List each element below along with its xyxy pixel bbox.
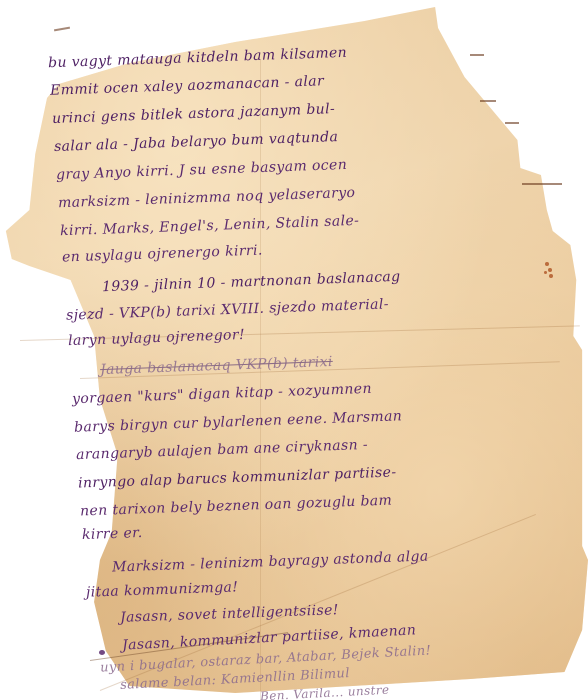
handwritten-text: bu vagyt matauga kitdeln bam kilsamen Em… xyxy=(0,0,588,700)
text-line: Emmit ocen xaley aozmanacan - alar xyxy=(50,73,325,99)
text-line: barys birgyn cur bylarlenen eene. Marsma… xyxy=(74,408,403,435)
text-line: inryngo alap barucs kommunizlar partiise… xyxy=(78,464,397,491)
text-line: Jasasn, sovet intelligentsiise! xyxy=(120,602,339,626)
text-line: jitaa kommunizmga! xyxy=(86,579,239,600)
struck-text-line: Jauga baslanacaq VKP(b) tarixi xyxy=(100,354,333,378)
signature-line: Ben. Varila... unstre xyxy=(260,683,390,700)
text-line: 1939 - jilnin 10 - martnonan baslanacag xyxy=(102,269,401,295)
text-line: en usylagu ojrenergo kirri. xyxy=(62,243,263,266)
text-line: laryn uylagu ojrenegor! xyxy=(68,327,245,349)
text-line: kirri. Marks, Engel's, Lenin, Stalin sal… xyxy=(60,213,360,239)
document-scan: bu vagyt matauga kitdeln bam kilsamen Em… xyxy=(0,0,588,700)
text-line: urinci gens bitlek astora jazanym bul- xyxy=(52,101,336,127)
text-line: kirre er. xyxy=(82,525,143,543)
text-line: yorgaen "kurs" digan kitap - xozyumnen xyxy=(72,381,372,407)
text-line: Marksizm - leninizm bayragy astonda alga xyxy=(112,548,429,575)
text-line: bu vagyt matauga kitdeln bam kilsamen xyxy=(48,45,348,71)
text-line: sjezd - VKP(b) tarixi XVIII. sjezdo mate… xyxy=(66,296,389,323)
text-line: gray Anyo kirri. J su esne basyam ocen xyxy=(56,157,348,183)
text-line: arangaryb aulajen bam ane ciryknasn - xyxy=(76,437,368,463)
text-line: nen tarixon bely beznen oan gozuglu bam xyxy=(80,493,393,520)
text-line: marksizm - leninizmma noq yelaseraryo xyxy=(58,185,356,211)
text-line: salar ala - Jaba belaryo bum vaqtunda xyxy=(54,129,339,155)
